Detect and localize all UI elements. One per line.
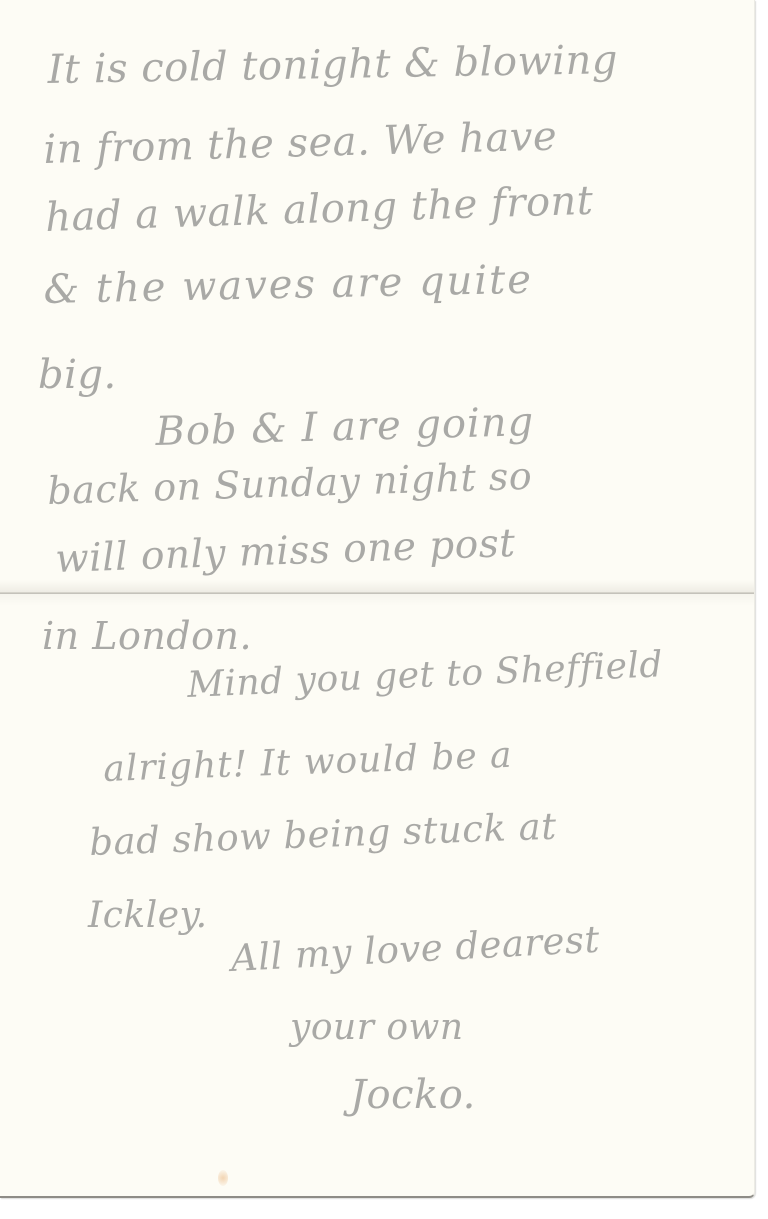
signature: Jocko. bbox=[350, 1075, 476, 1115]
letter-line-13: Ickley. bbox=[88, 898, 208, 934]
paper-stain bbox=[218, 1170, 228, 1186]
letter-line-1: It is cold tonight & blowing bbox=[47, 40, 618, 90]
letter-page: It is cold tonight & blowing in from the… bbox=[0, 0, 755, 1198]
letter-line-9: in London. bbox=[42, 617, 252, 655]
letter-line-12: bad show being stuck at bbox=[89, 808, 557, 861]
letter-line-5: big. bbox=[38, 355, 117, 395]
letter-line-8: will only miss one post bbox=[55, 524, 516, 579]
letter-line-10: Mind you get to Sheffield bbox=[186, 647, 663, 704]
closing-your-own: your own bbox=[290, 1010, 464, 1046]
letter-line-4: & the waves are quite bbox=[43, 260, 533, 310]
letter-line-2: in from the sea. We have bbox=[43, 117, 558, 170]
letter-line-11: alright! It would be a bbox=[103, 738, 513, 788]
fold-crease bbox=[0, 592, 754, 594]
letter-line-3: had a walk along the front bbox=[45, 181, 594, 238]
closing-line: All my love dearest bbox=[230, 921, 601, 977]
letter-line-7: back on Sunday night so bbox=[47, 457, 533, 510]
letter-line-6: Bob & I are going bbox=[155, 402, 535, 452]
